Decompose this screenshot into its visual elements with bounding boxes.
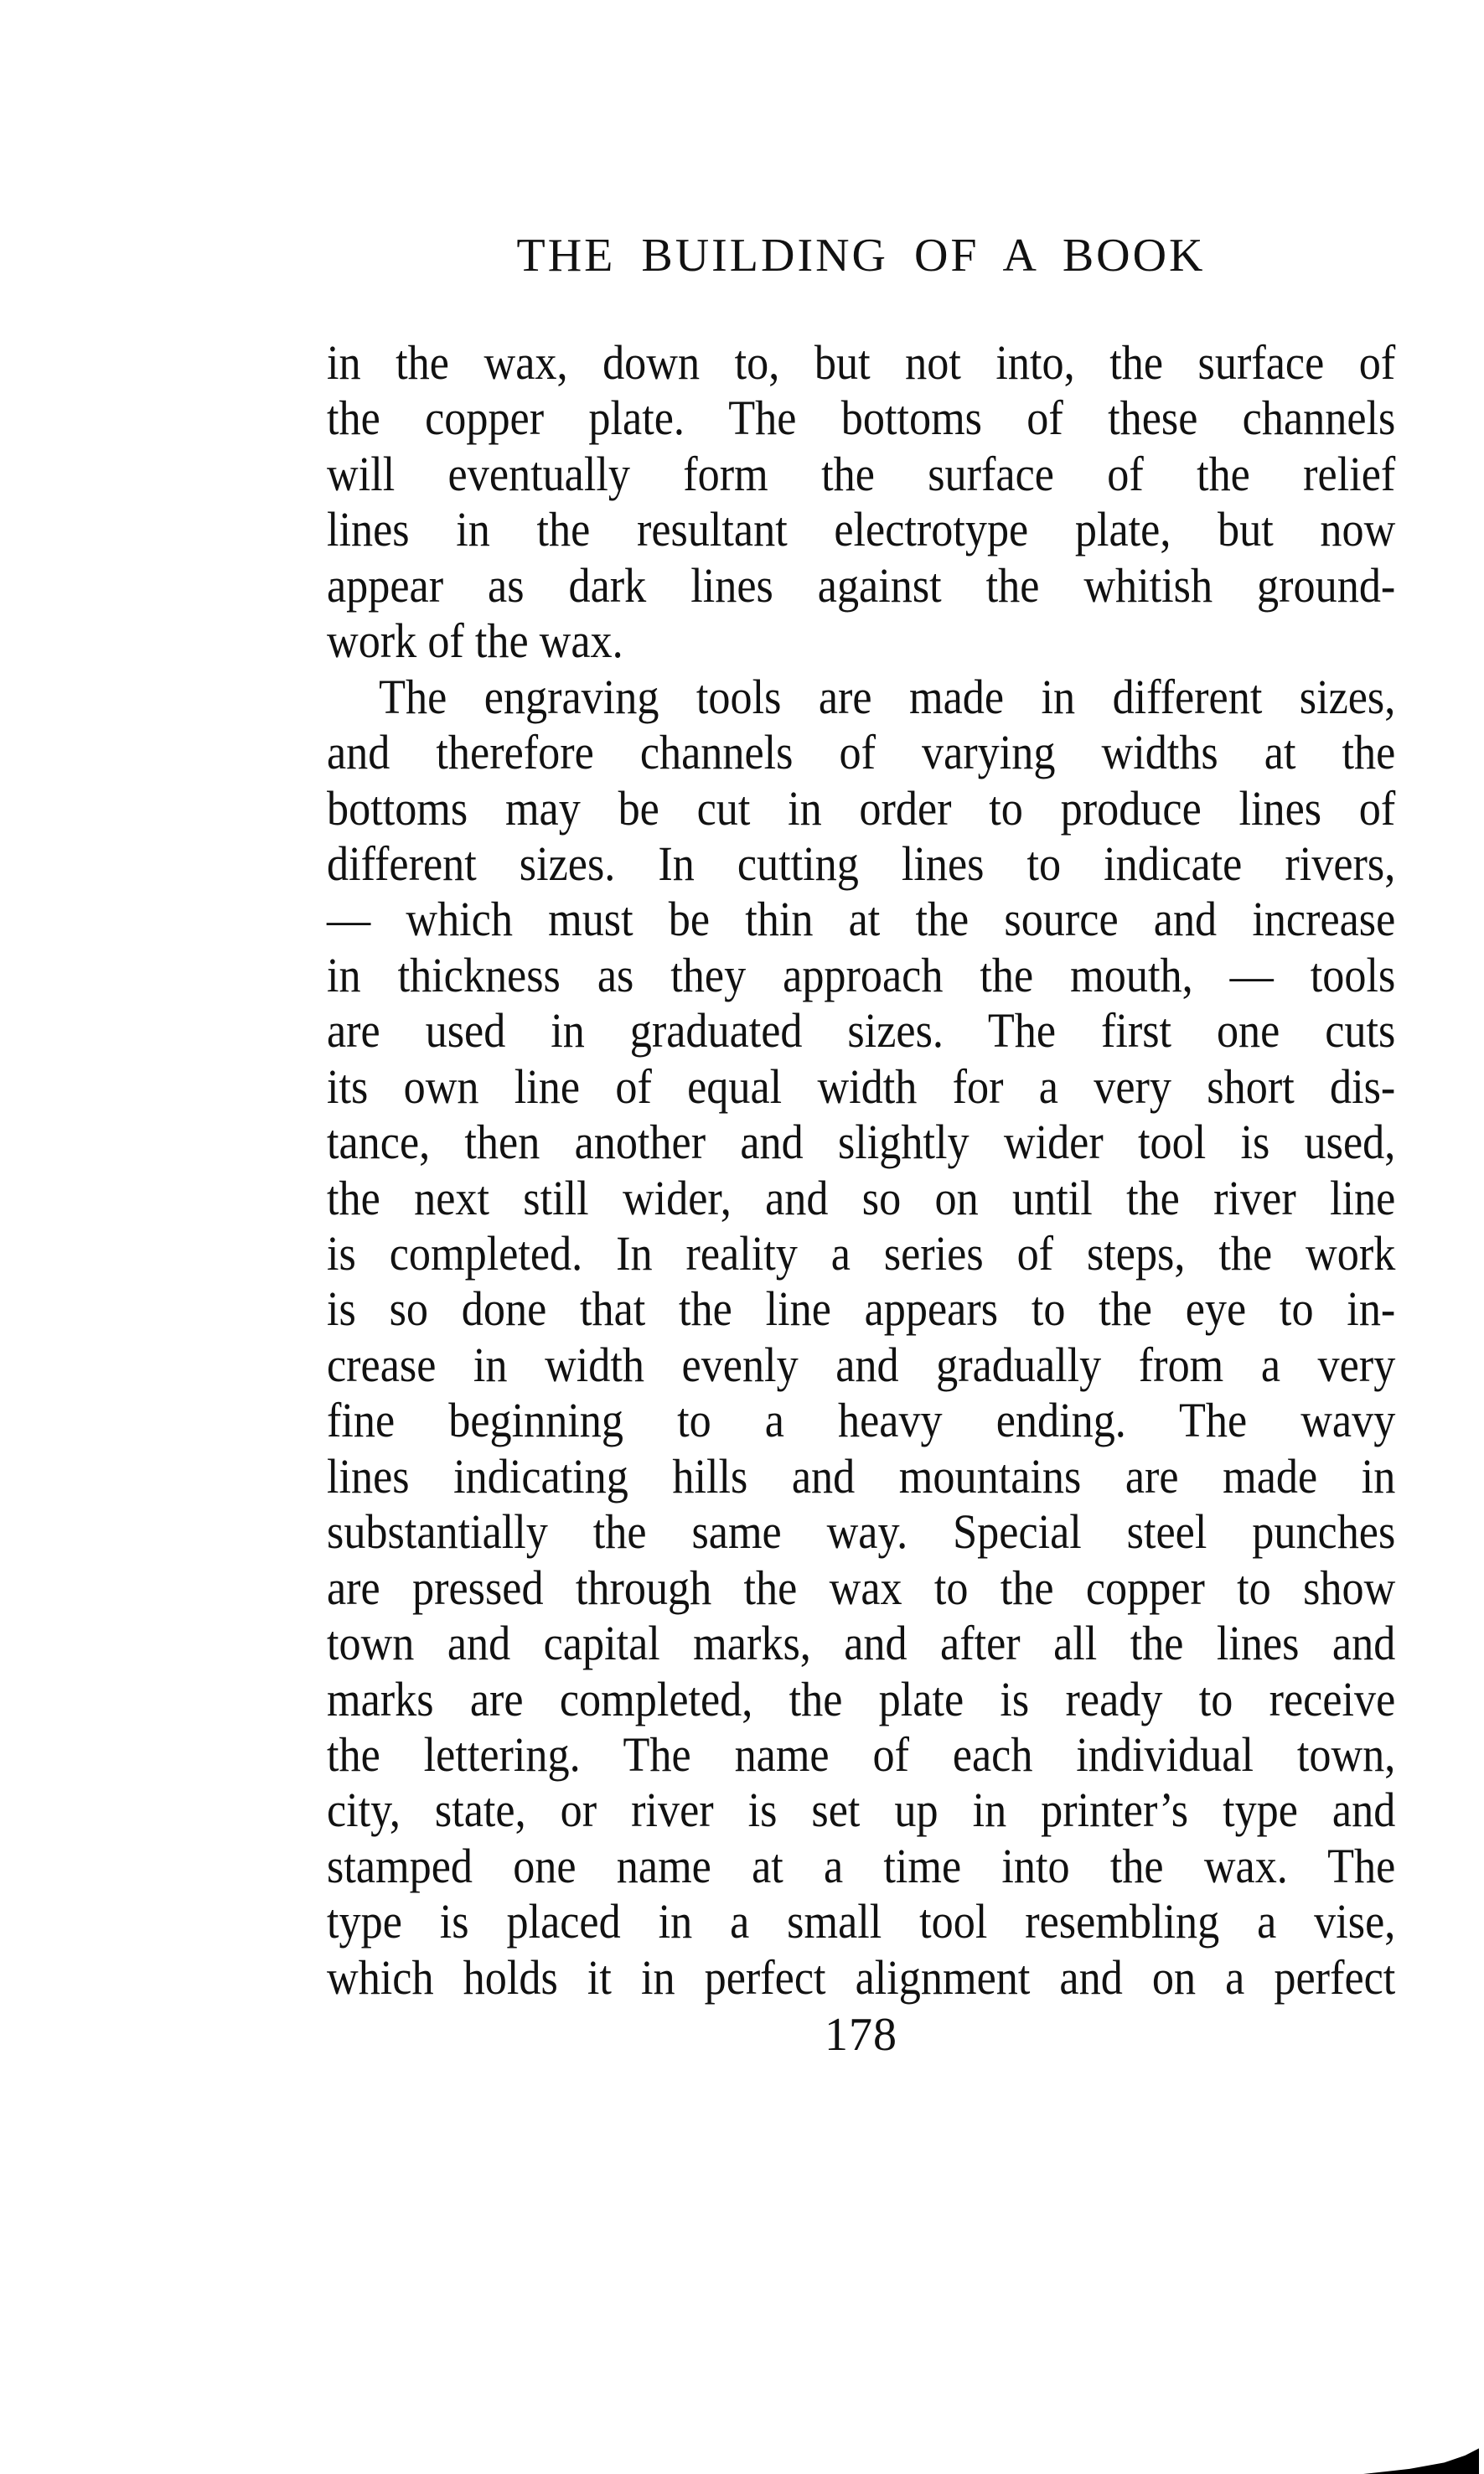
text-line: work of the wax.	[327, 613, 1395, 669]
text-line: type is placed in a small tool resemblin…	[327, 1894, 1395, 1949]
text-line: is completed. In reality a series of ste…	[327, 1226, 1395, 1281]
text-line: lines indicating hills and mountains are…	[327, 1449, 1395, 1504]
text-line: is so done that the line appears to the …	[327, 1281, 1395, 1337]
paragraph-2: The engraving tools are made in differen…	[327, 670, 1395, 2006]
text-line: its own line of equal width for a very s…	[327, 1059, 1395, 1115]
text-line: crease in width evenly and gradually fro…	[327, 1338, 1395, 1393]
text-line: the next still wider, and so on until th…	[327, 1171, 1395, 1226]
book-page: THE BUILDING OF A BOOK in the wax, down …	[0, 0, 1484, 2474]
text-line: city, state, or river is set up in print…	[327, 1783, 1395, 1838]
text-line: in the wax, down to, but not into, the s…	[327, 335, 1395, 391]
text-line: which holds it in perfect alignment and …	[327, 1950, 1395, 2006]
text-line: are used in graduated sizes. The first o…	[327, 1003, 1395, 1058]
paragraph-1: in the wax, down to, but not into, the s…	[327, 335, 1395, 670]
text-line: will eventually form the surface of the …	[327, 447, 1395, 502]
text-line: marks are completed, the plate is ready …	[327, 1672, 1395, 1727]
text-line: tance, then another and slightly wider t…	[327, 1115, 1395, 1170]
running-head: THE BUILDING OF A BOOK	[327, 230, 1395, 281]
text-line: substantially the same way. Special stee…	[327, 1504, 1395, 1560]
text-line: in thickness as they approach the mouth,…	[327, 948, 1395, 1003]
text-line: lines in the resultant electrotype plate…	[327, 502, 1395, 557]
text-line: the copper plate. The bottoms of these c…	[327, 391, 1395, 446]
text-line: the lettering. The name of each individu…	[327, 1727, 1395, 1783]
text-line: — which must be thin at the source and i…	[327, 892, 1395, 947]
text-line: town and capital marks, and after all th…	[327, 1616, 1395, 1671]
body-text: in the wax, down to, but not into, the s…	[327, 335, 1395, 2006]
text-line: The engraving tools are made in differen…	[327, 670, 1395, 725]
scan-edge-shadow	[1363, 2446, 1479, 2474]
text-line: stamped one name at a time into the wax.…	[327, 1839, 1395, 1894]
text-line: fine beginning to a heavy ending. The wa…	[327, 1393, 1395, 1448]
text-line: are pressed through the wax to the coppe…	[327, 1560, 1395, 1616]
text-line: bottoms may be cut in order to produce l…	[327, 781, 1395, 836]
text-line: appear as dark lines against the whitish…	[327, 558, 1395, 613]
text-line: and therefore channels of varying widths…	[327, 725, 1395, 780]
text-line: different sizes. In cutting lines to ind…	[327, 836, 1395, 892]
page-number: 178	[327, 2010, 1395, 2060]
